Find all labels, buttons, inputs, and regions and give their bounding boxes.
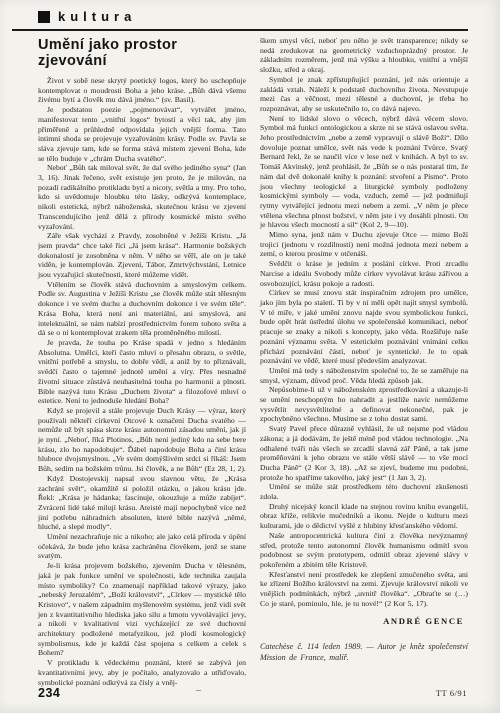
paragraph: Život v sobě nese skrytý poetický logos,… (38, 76, 246, 105)
paragraph: Neboť „Bůh tak miloval svět, že dal svéh… (38, 163, 246, 231)
scan-artifact-mark (196, 690, 201, 691)
paragraph: Vtělením se člověk stává duchovním a smy… (38, 280, 246, 338)
paragraph: škem smysl věcí, neboť pro něho je svět … (260, 36, 468, 75)
paragraph: Když se projevil a stále projevuje Duch … (38, 406, 246, 474)
left-column: Umění jako prostor zjevování Život v sob… (38, 36, 246, 687)
paragraph: Není to lidské slovo o věcech, nýbrž dáv… (260, 114, 468, 230)
right-column-text: škem smysl věcí, neboť pro něho je svět … (260, 36, 468, 608)
header-rule (12, 29, 468, 31)
paragraph: Je-li krása projevem božského, zjevením … (38, 561, 246, 658)
paragraph: Záře však vychází z Pravdy, zosobněné v … (38, 231, 246, 280)
page-number: 234 (38, 686, 60, 700)
paragraph: Umění se může stát prostředkem této duch… (260, 482, 468, 501)
paragraph: Když Dostojevskij napsal svou slavnou vě… (38, 474, 246, 532)
article-body: Umění jako prostor zjevování Život v sob… (38, 36, 468, 687)
section-label: kultura (58, 9, 136, 24)
issue-code: TT 6/91 (436, 688, 467, 698)
article-title: Umění jako prostor zjevování (38, 37, 246, 69)
magazine-page: kultura Umění jako prostor zjevování Živ… (0, 0, 500, 713)
paragraph: Křesťanství není prostředek ke zlepšení … (260, 570, 468, 609)
author-name: ANDRÉ GENCE (260, 616, 468, 626)
paragraph: Umění má tedy s náboženstvím společné to… (260, 366, 468, 385)
paragraph: Symbol je znak zpřístupňující poznání, j… (260, 75, 468, 114)
paragraph: Umění nezachraňuje nic a nikoho; ale jak… (38, 532, 246, 561)
paragraph: Nepůsobíme-li už v náboženském zprostřed… (260, 385, 468, 424)
paragraph: Mimo syna, jenž nám v Duchu zjevuje Otce… (260, 230, 468, 259)
paragraph: Svatý Pavel přece důrazně vyhlásil, že u… (260, 424, 468, 482)
left-column-text: Život v sobě nese skrytý poetický logos,… (38, 76, 246, 687)
paragraph: Naše antropocentrická kultura činí z člo… (260, 531, 468, 570)
paragraph: V protikladu k vědeckému poznání, které … (38, 658, 246, 687)
right-column: škem smysl věcí, neboť pro něho je svět … (260, 36, 468, 687)
section-header: kultura (38, 9, 136, 24)
paragraph: Svědčit o kráse je jedním z poslání círk… (260, 259, 468, 288)
paragraph: Je pravda, že touha po Kráse spadá v jed… (38, 338, 246, 406)
paragraph: Církev se musí znovu stát inspiračním zd… (260, 288, 468, 366)
source-note: Catechèse č. 114 leden 1989. — Autor je … (260, 641, 468, 663)
paragraph: Je podstatou poezie „pojmenovávat“, vytv… (38, 105, 246, 163)
section-marker-icon (38, 11, 50, 23)
paragraph: Druhý nicejský koncil klade na stejnou r… (260, 502, 468, 531)
